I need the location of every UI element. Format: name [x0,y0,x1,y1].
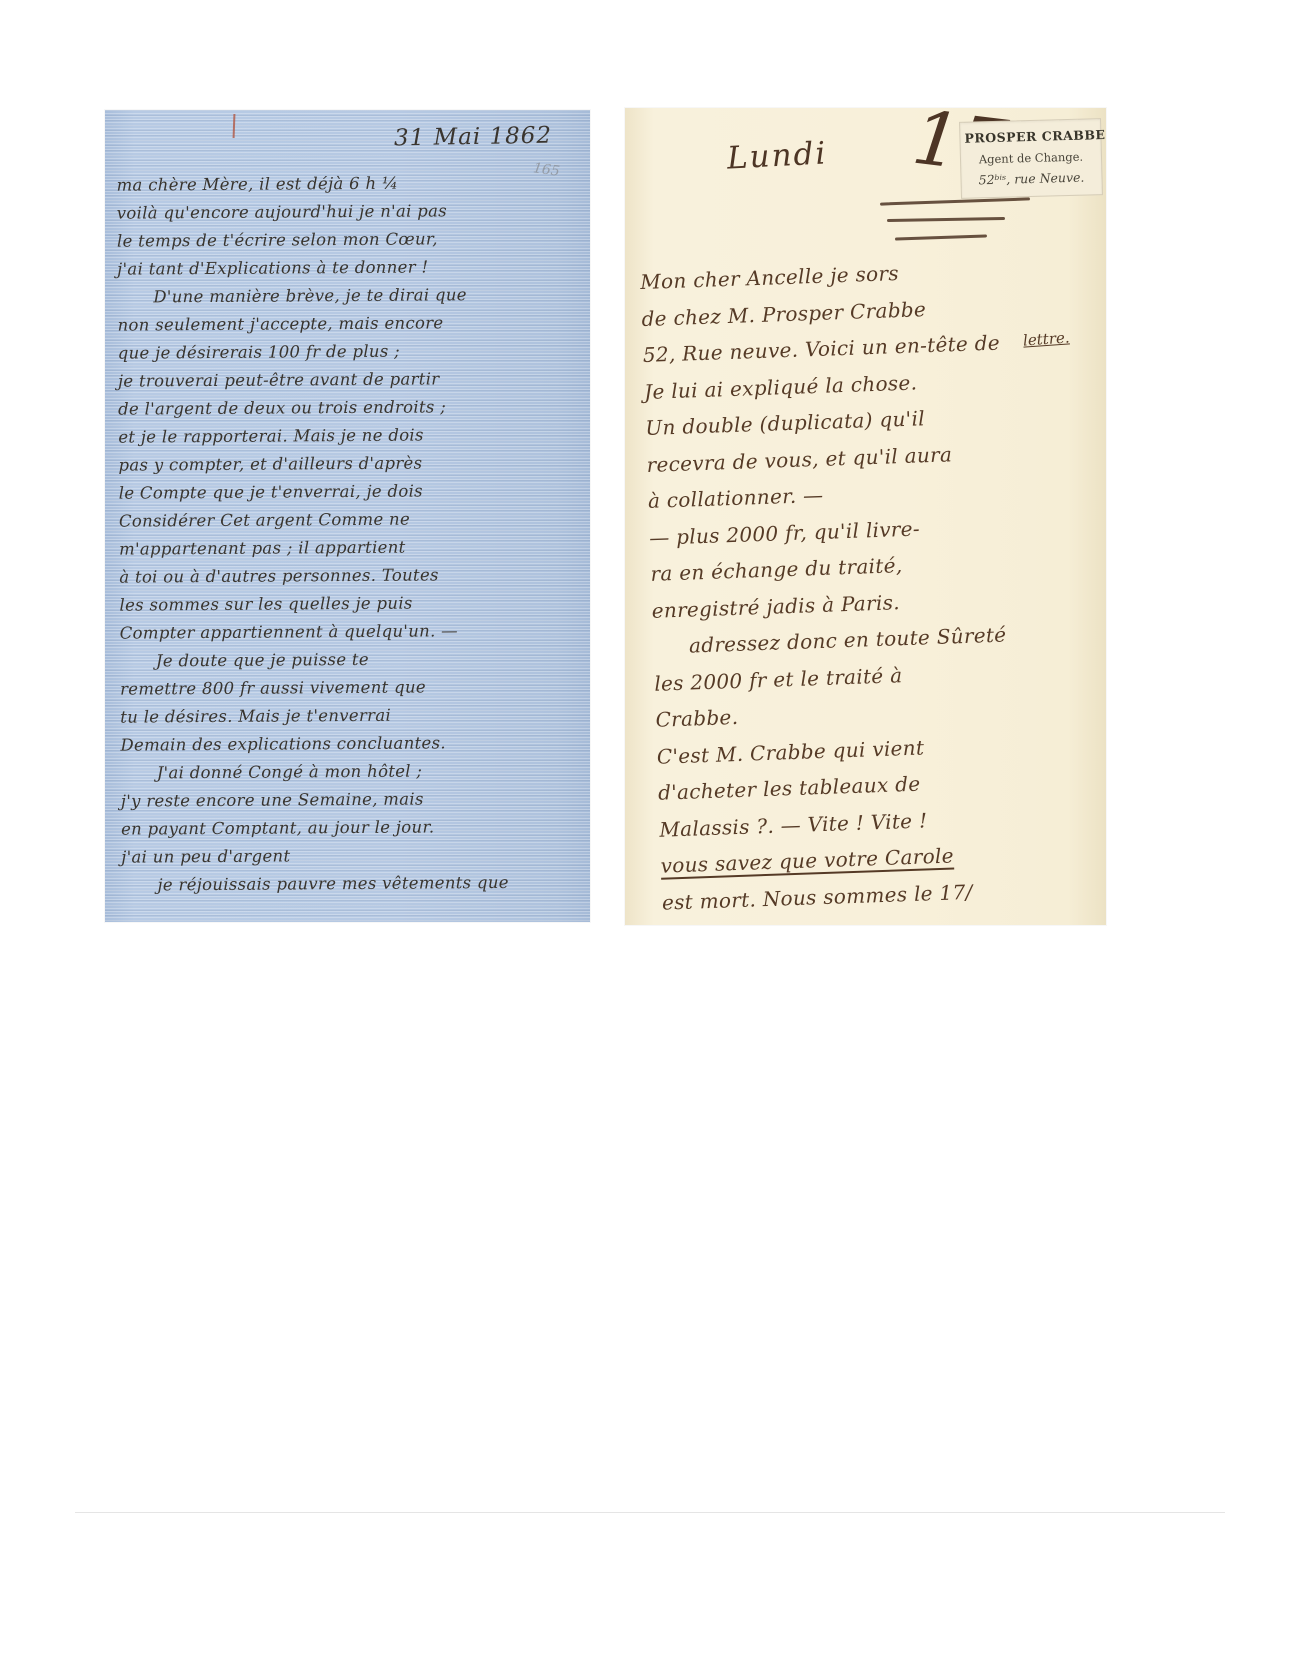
manuscript-line: je trouverai peut-être avant de partir [118,364,583,395]
manuscript-line: à toi ou à d'autres personnes. Toutes [119,560,584,591]
bottom-divider [75,1512,1225,1513]
letter-page-left: 31 Mai 1862 165 ma chère Mère, il est dé… [105,110,590,922]
manuscript-line: j'ai un peu d'argent [121,840,586,871]
manuscript-line: je réjouissais pauvre mes vêtements que [121,868,586,899]
underline-stroke-2 [887,217,1005,222]
manuscript-line: j'y reste encore une Semaine, mais [121,784,586,815]
manuscript-line: voilà qu'encore aujourd'hui je n'ai pas [117,196,582,227]
manuscript-line: ma chère Mère, il est déjà 6 h ¼ [116,168,581,199]
manuscript-line: non seulement j'accepte, mais encore [117,308,582,339]
manuscript-line: Je doute que je puisse te [120,644,585,675]
letterhead-name: PROSPER CRABBE [964,127,1096,145]
manuscript-line: remettre 800 fr aussi vivement que [120,672,585,703]
manuscript-line: de l'argent de deux ou trois endroits ; [118,392,583,423]
manuscript-line: D'une manière brève, je te dirai que [117,280,582,311]
underline-stroke-1 [880,197,1030,205]
letter-date: 31 Mai 1862 [394,123,552,152]
underline-stroke-3 [895,234,987,240]
manuscript-line: j'ai tant d'Explications à te donner ! [117,252,582,283]
manuscript-line: que je désirerais 100 fr de plus ; [118,336,583,367]
heading-day: Lundi [726,135,828,176]
manuscript-line: Considérer Cet argent Comme ne [119,504,584,535]
manuscript-line: en payant Comptant, au jour le jour. [121,812,586,843]
letter-body-right: Mon cher Ancelle je sorsde chez M. Prosp… [640,248,1114,920]
red-fiber-mark [233,114,236,138]
manuscript-line: m'appartenant pas ; il appartient [119,532,584,563]
manuscript-line: le temps de t'écrire selon mon Cœur, [117,224,582,255]
manuscript-line: et je le rapporterai. Mais je ne dois [118,420,583,451]
letterhead-address: 52ᵇⁱˢ, rue Neuve. [965,169,1097,187]
letter-body-left: ma chère Mère, il est déjà 6 h ¼voilà qu… [116,168,586,899]
letter-page-right: Lundi 17 PROSPER CRABBE Agent de Change.… [625,108,1106,925]
manuscript-line: J'ai donné Congé à mon hôtel ; [121,756,586,787]
manuscript-line: le Compte que je t'enverrai, je dois [119,476,584,507]
letterhead-label: PROSPER CRABBE Agent de Change. 52ᵇⁱˢ, r… [959,118,1103,199]
letterhead-title: Agent de Change. [965,149,1097,166]
manuscript-line: Compter appartiennent à quelqu'un. — [120,616,585,647]
manuscript-line: tu le désires. Mais je t'enverrai [120,700,585,731]
manuscript-line: Demain des explications concluantes. [120,728,585,759]
manuscript-line: pas y compter, et d'ailleurs d'après [118,448,583,479]
manuscript-line: les sommes sur les quelles je puis [119,588,584,619]
